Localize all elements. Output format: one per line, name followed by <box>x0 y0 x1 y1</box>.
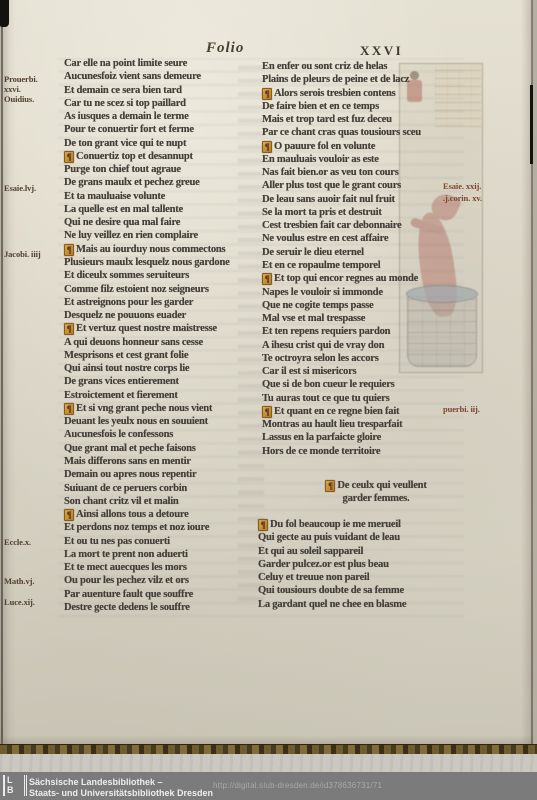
verse-line: Car tu ne scez si top paillard <box>64 97 258 110</box>
verse-line: Hors de ce monde territoire <box>262 445 460 458</box>
verse-line: Et demain ce sera bien tard <box>64 84 258 97</box>
verse-line: ¶Conuertiz top et desannupt <box>64 150 258 163</box>
section-heading: ¶De ceulx qui veullentgarder femmes. <box>296 479 456 506</box>
verse-line: Garder pulcez.or est plus beau <box>258 558 463 571</box>
verse-line: Et qui au soleil sappareil <box>258 545 463 558</box>
scanned-book-page: Folio XXVI Car elle na point limite seur… <box>0 0 533 753</box>
illuminated-pilcrow-icon: ¶ <box>64 151 74 163</box>
verse-line: Aucunesfoiz vient sans demeure <box>64 70 258 83</box>
verse-line: Et astreignons pour les garder <box>64 296 258 309</box>
verse-line: Qui tousiours doubte de sa femme <box>258 584 463 597</box>
left-text-column: Car elle na point limite seureAucunesfoi… <box>64 57 258 614</box>
verse-line: Mal vse et mal trespasse <box>262 312 460 325</box>
verse-line: Par auenture fault que souffre <box>64 588 258 601</box>
verse-line: La mort te prent non aduerti <box>64 548 258 561</box>
verse-line: Ou pour les pechez vilz et ors <box>64 574 258 587</box>
verse-line: Aller plus tost que le grant cours <box>262 179 460 192</box>
verse-line: Et perdons noz temps et noz ioure <box>64 521 258 534</box>
library-name-line1: Sächsische Landesbibliothek – <box>29 777 213 788</box>
verse-line: Plusieurs maulx lesquelz nous gardone <box>64 256 258 269</box>
verse-line: Mais et trop tard est fuz deceu <box>262 113 460 126</box>
verse-line: En mauluais vouloir as este <box>262 153 460 166</box>
verse-line: Mais differons sans en mentir <box>64 455 258 468</box>
verse-line: De grans vices entierement <box>64 375 258 388</box>
verse-line: Estroictement et fierement <box>64 389 258 402</box>
verse-line: Et diceulx sommes seruiteurs <box>64 269 258 282</box>
illuminated-pilcrow-icon: ¶ <box>325 480 335 492</box>
verse-line: ¶Et vertuz quest nostre maistresse <box>64 322 258 335</box>
illuminated-pilcrow-icon: ¶ <box>258 519 268 531</box>
verse-line: Purge ton chief tout agraue <box>64 163 258 176</box>
slub-logo: L B <box>3 775 27 796</box>
verse-line: ¶Et quant en ce regne bien fait <box>262 405 460 418</box>
verse-line: Se la mort ta pris et destruit <box>262 206 460 219</box>
verse-line: De faire bien et en ce temps <box>262 100 460 113</box>
verse-line: Ne voulus estre en cest affaire <box>262 232 460 245</box>
illuminated-pilcrow-icon: ¶ <box>64 403 74 415</box>
illuminated-pilcrow-icon: ¶ <box>262 88 272 100</box>
verse-line: Que grant mal et peche faisons <box>64 442 258 455</box>
page-left-edge <box>1 0 3 753</box>
library-name-line2: Staats- und Universitätsbibliothek Dresd… <box>29 788 213 799</box>
verse-line: Car il est si misericors <box>262 365 460 378</box>
verse-line: De seruir le dieu eternel <box>262 246 460 259</box>
verse-line: Demain ou apres nous repentir <box>64 468 258 481</box>
verse-line: Cest tresbien fait car debonnaire <box>262 219 460 232</box>
verse-line: ¶Et top qui encor regnes au monde <box>262 272 460 285</box>
scan-table-strip <box>0 754 537 772</box>
verse-line: ¶Ainsi allons tous a detoure <box>64 508 258 521</box>
logo-letter: B <box>7 785 24 795</box>
verse-line: Son chant critz vil et malin <box>64 495 258 508</box>
verse-line: De ton grant vice qui te nupt <box>64 137 258 150</box>
verse-line: En enfer ou sont criz de helas <box>262 60 460 73</box>
verse-line: Car elle na point limite seure <box>64 57 258 70</box>
verse-line: Pour te conuertir fort et ferme <box>64 123 258 136</box>
heading-line: garder femmes. <box>296 492 456 505</box>
verse-line: Et ten repens requiers pardon <box>262 325 460 338</box>
verse-line: Mesprisons et cest grant folie <box>64 349 258 362</box>
verse-line: As iusques a demain le terme <box>64 110 258 123</box>
verse-line: Deuant les yeulx nous en souuient <box>64 415 258 428</box>
verse-line: Et ou tu nes pas conuerti <box>64 535 258 548</box>
illuminated-pilcrow-icon: ¶ <box>64 323 74 335</box>
verse-line: A ihesu crist qui de vray don <box>262 339 460 352</box>
scan-artifact-mark <box>0 0 9 27</box>
verse-line: ¶Et si vng grant peche nous vient <box>64 402 258 415</box>
library-footer-band: L B Sächsische Landesbibliothek – Staats… <box>0 772 537 800</box>
verse-line: Ne luy veillez en rien complaire <box>64 229 258 242</box>
verse-line: Celuy et treuue non pareil <box>258 571 463 584</box>
verse-line: Desquelz ne pouuons euader <box>64 309 258 322</box>
verse-line: A qui deuons honneur sans cesse <box>64 336 258 349</box>
verse-line: Tu auras tout ce que tu quiers <box>262 392 460 405</box>
illuminated-pilcrow-icon: ¶ <box>64 244 74 256</box>
verse-line: Napes le vouloir si immonde <box>262 286 460 299</box>
verse-line: Par ce chant cras quas tousiours sceu <box>262 126 460 139</box>
verse-line: Aucunesfois le confessons <box>64 428 258 441</box>
verse-line: Qui ainsi tout nostre corps lie <box>64 362 258 375</box>
verse-line: ¶Mais au iourduy nous commectons <box>64 243 258 256</box>
logo-letter: L <box>7 775 24 785</box>
verse-line: Et te mect auecques les mors <box>64 561 258 574</box>
verse-line: Montras au hault lieu tresparfait <box>262 418 460 431</box>
verse-line: Et ta mauluaise volunte <box>64 190 258 203</box>
verse-line: De leau sans auoir fait nul fruit <box>262 193 460 206</box>
verse-line: ¶Alors serois tresbien contens <box>262 87 460 100</box>
right-text-column: En enfer ou sont criz de helasPlains de … <box>262 60 460 458</box>
document-url: http://digital.slub-dresden.de/id3786367… <box>213 781 382 790</box>
verse-line: Suiuant de ce peruers corbin <box>64 482 258 495</box>
verse-line: Que ne cogite temps passe <box>262 299 460 312</box>
verse-line: Qui gecte au puis vuidant de leau <box>258 531 463 544</box>
illuminated-pilcrow-icon: ¶ <box>64 509 74 521</box>
verse-line: Nas fait bien.or as veu ton cours <box>262 166 460 179</box>
heading-line: ¶De ceulx qui veullent <box>296 479 456 492</box>
final-stanza: ¶Du fol beaucoup ie me merueilQui gecte … <box>258 518 463 611</box>
verse-line: ¶O pauure fol en volunte <box>262 140 460 153</box>
verse-line: Plains de pleurs de peine et de lacz <box>262 73 460 86</box>
verse-line: La quelle est en mal tallente <box>64 203 258 216</box>
verse-line: De grans maulx et pechez greue <box>64 176 258 189</box>
verse-line: Destre gecte dedens le souffre <box>64 601 258 614</box>
verse-line: Que si de bon cueur le requiers <box>262 378 460 391</box>
verse-line: Lassus en la parfaicte gloire <box>262 431 460 444</box>
scan-background <box>533 0 537 753</box>
illuminated-pilcrow-icon: ¶ <box>262 273 272 285</box>
verse-line: Et en ce ropaulme temporel <box>262 259 460 272</box>
verse-line: Comme filz estoient noz seigneurs <box>64 283 258 296</box>
page-number: XXVI <box>360 43 403 59</box>
verse-line: Qui ne desire qua mal faire <box>64 216 258 229</box>
verse-line: Te octroyra selon les accors <box>262 352 460 365</box>
illuminated-pilcrow-icon: ¶ <box>262 406 272 418</box>
library-name: Sächsische Landesbibliothek – Staats- un… <box>29 777 213 798</box>
verse-line: La gardant quel ne chee en blasme <box>258 598 463 611</box>
verse-line: ¶Du fol beaucoup ie me merueil <box>258 518 463 531</box>
illuminated-pilcrow-icon: ¶ <box>262 141 272 153</box>
folio-label: Folio <box>206 40 244 57</box>
